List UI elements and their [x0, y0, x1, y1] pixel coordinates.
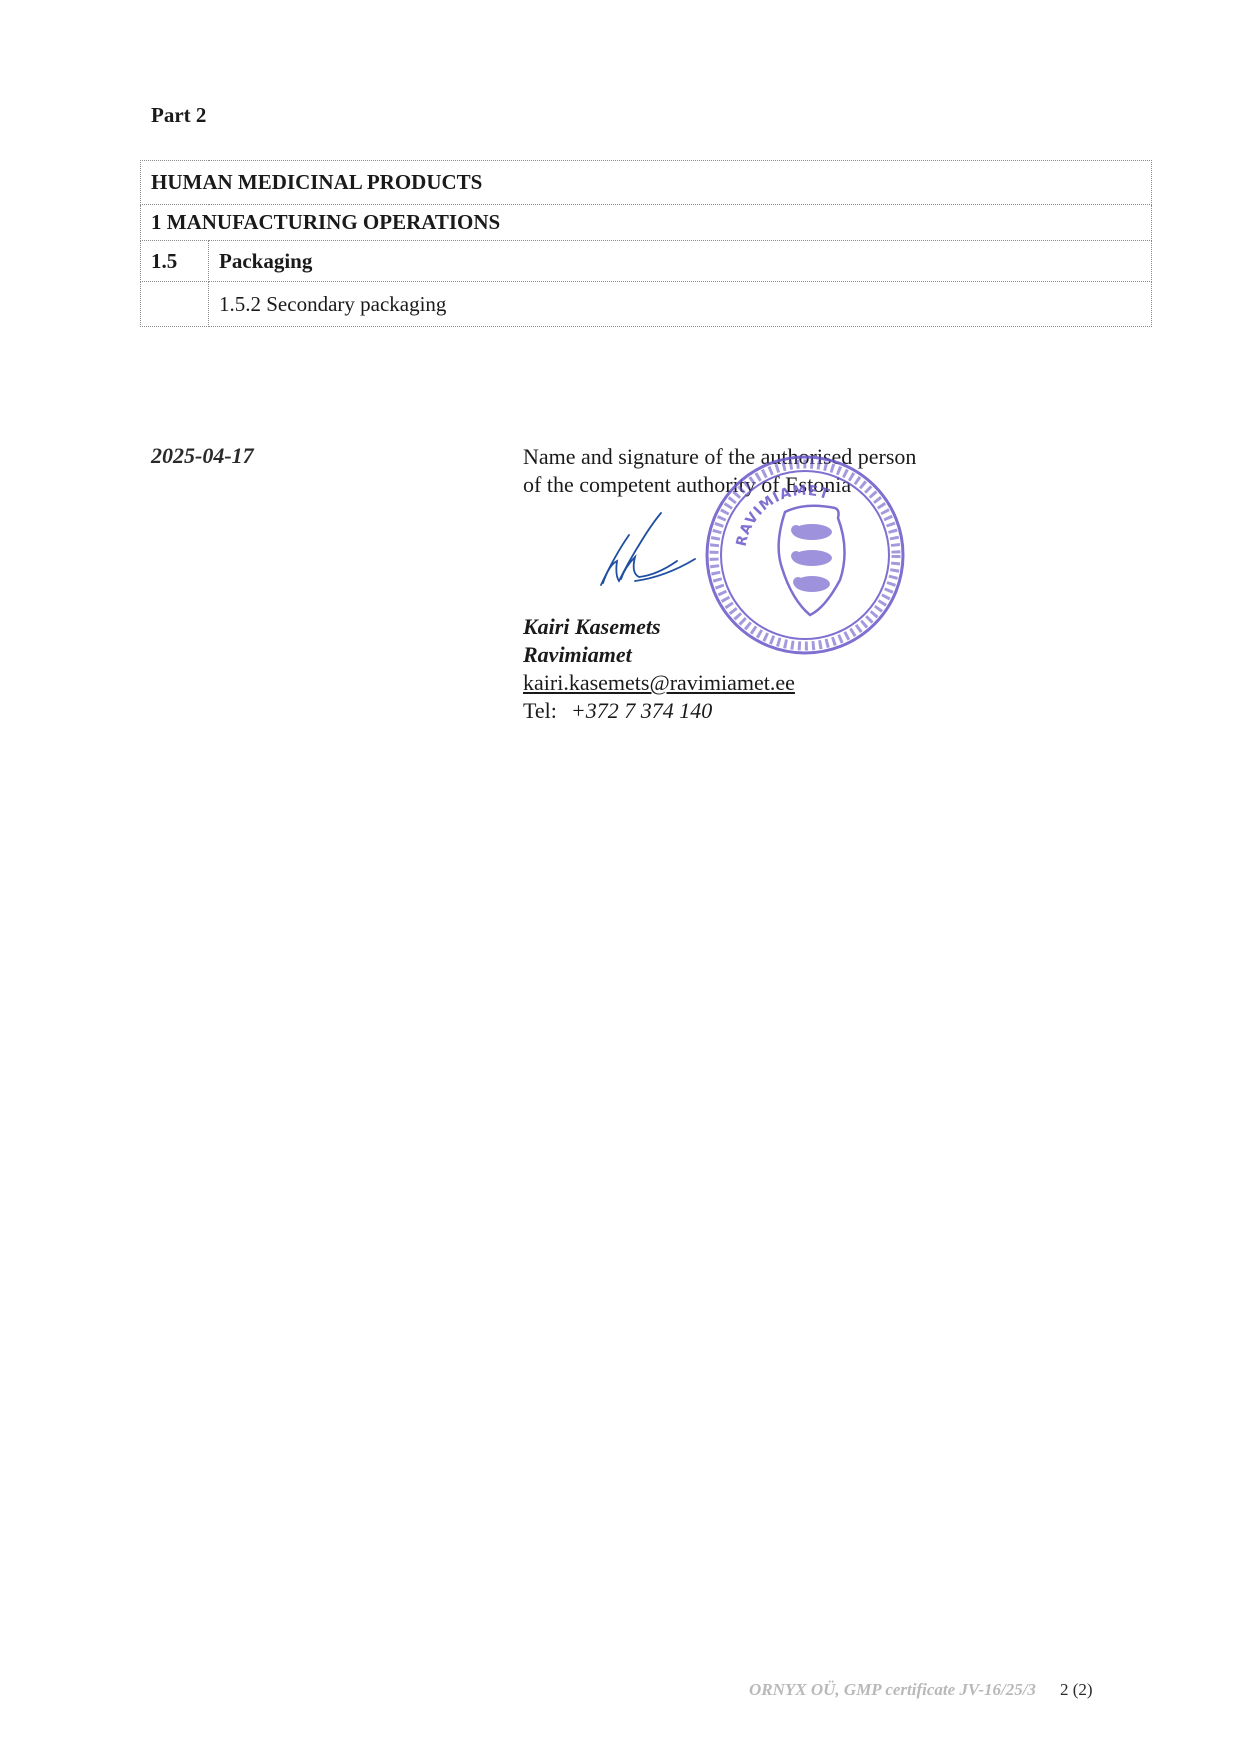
section-heading: HUMAN MEDICINAL PRODUCTS	[141, 161, 1152, 205]
tel-label: Tel:	[523, 698, 557, 723]
part-title: Part 2	[151, 103, 206, 128]
handwritten-signature-icon	[595, 505, 725, 595]
official-stamp-icon: RAVIMIAMET	[700, 450, 910, 660]
item-number	[141, 282, 209, 327]
signer-organization: Ravimiamet	[523, 641, 632, 669]
tel-value: +372 7 374 140	[571, 698, 712, 723]
signer-phone: Tel:+372 7 374 140	[523, 697, 712, 725]
subsection-heading: 1 MANUFACTURING OPERATIONS	[141, 205, 1152, 241]
table-row: 1 MANUFACTURING OPERATIONS	[141, 205, 1152, 241]
page-footer: ORNYX OÜ, GMP certificate JV-16/25/32 (2…	[749, 1680, 1093, 1700]
page-number: 2 (2)	[1060, 1680, 1093, 1699]
table-row: 1.5.2 Secondary packaging	[141, 282, 1152, 327]
scope-table: HUMAN MEDICINAL PRODUCTS 1 MANUFACTURING…	[140, 160, 1152, 327]
item-number: 1.5	[141, 241, 209, 282]
item-label: Packaging	[209, 241, 1152, 282]
issue-date: 2025-04-17	[151, 443, 254, 469]
signer-name: Kairi Kasemets	[523, 613, 661, 641]
table-row: 1.5 Packaging	[141, 241, 1152, 282]
document-reference: ORNYX OÜ, GMP certificate JV-16/25/3	[749, 1680, 1036, 1699]
signer-email-link[interactable]: kairi.kasemets@ravimiamet.ee	[523, 669, 795, 697]
item-label: 1.5.2 Secondary packaging	[209, 282, 1152, 327]
table-row: HUMAN MEDICINAL PRODUCTS	[141, 161, 1152, 205]
